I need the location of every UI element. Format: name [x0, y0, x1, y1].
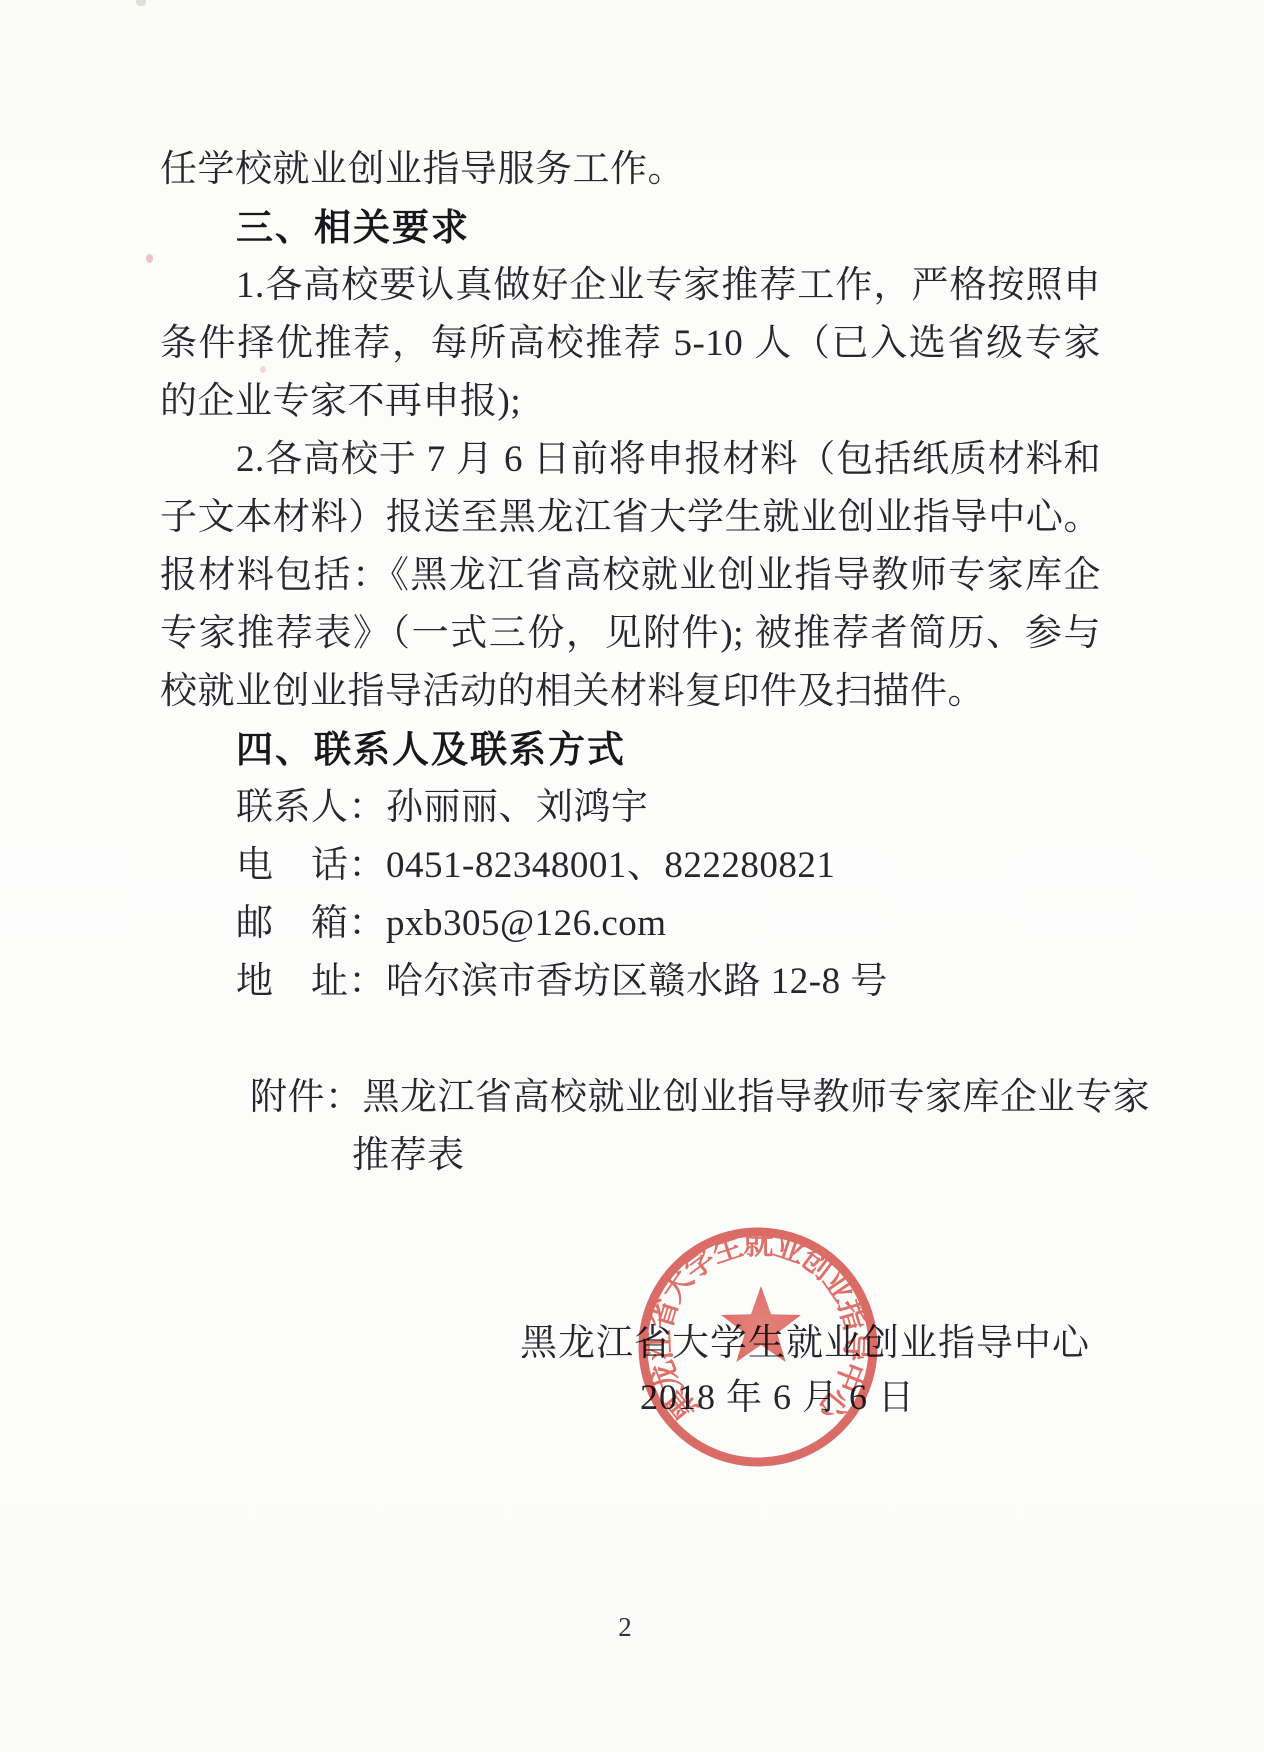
- text-line: 条件择优推荐，每所高校推荐 5-10 人（已入选省级专家库: [160, 315, 1101, 373]
- text-line: 1.各高校要认真做好企业专家推荐工作，严格按照申报: [160, 257, 1101, 315]
- text-line: 联系人：孙丽丽、刘鸿宇: [160, 779, 1101, 837]
- section-heading: 三、相关要求: [160, 199, 1101, 257]
- text-line: 任学校就业创业指导服务工作。: [160, 141, 1101, 199]
- text-line: 附件：黑龙江省高校就业创业指导教师专家库企业专家: [160, 1069, 1101, 1127]
- section-heading: 四、联系人及联系方式: [160, 721, 1101, 779]
- scan-speck: [146, 254, 153, 263]
- text-line: 地 址：哈尔滨市香坊区赣水路 12-8 号: [160, 953, 1101, 1011]
- text-line: 子文本材料）报送至黑龙江省大学生就业创业指导中心。申: [160, 489, 1101, 547]
- text-line: 校就业创业指导活动的相关材料复印件及扫描件。: [160, 663, 1101, 721]
- text-line: 邮 箱：pxb305@126.com: [160, 895, 1101, 953]
- text-line: 电 话：0451-82348001、822280821: [160, 837, 1101, 895]
- text-line: 推荐表: [160, 1127, 1101, 1185]
- document-body: 任学校就业创业指导服务工作。三、相关要求1.各高校要认真做好企业专家推荐工作，严…: [160, 141, 1101, 1185]
- text-line: 2.各高校于 7 月 6 日前将申报材料（包括纸质材料和电: [160, 431, 1101, 489]
- signature-date: 2018 年 6 月 6 日: [640, 1369, 915, 1420]
- signature-organization: 黑龙江省大学生就业创业指导中心: [520, 1312, 1090, 1366]
- scan-smudge: [136, 0, 146, 6]
- text-line: [160, 1011, 1101, 1069]
- page-number: 2: [0, 1612, 1250, 1643]
- text-line: 专家推荐表》（一式三份，见附件); 被推荐者简历、参与高: [160, 605, 1101, 663]
- text-line: 的企业专家不再申报);: [160, 373, 1101, 431]
- scanned-document-page: 任学校就业创业指导服务工作。三、相关要求1.各高校要认真做好企业专家推荐工作，严…: [0, 0, 1264, 1752]
- text-line: 报材料包括：《黑龙江省高校就业创业指导教师专家库企业: [160, 547, 1101, 605]
